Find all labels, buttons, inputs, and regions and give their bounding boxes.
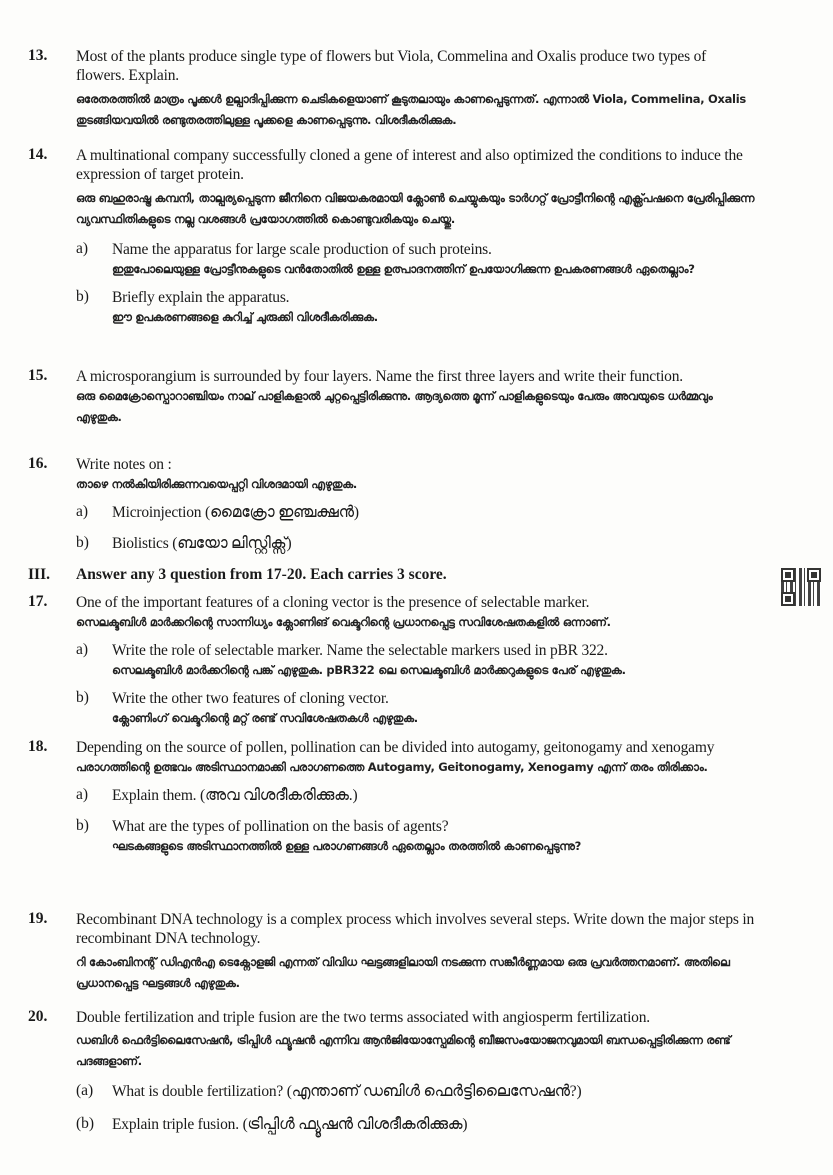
- part-text-en: Name the apparatus for large scale produ…: [112, 240, 758, 259]
- question-number: 14.: [28, 146, 47, 164]
- question-text-en: Double fertilization and triple fusion a…: [76, 1008, 758, 1027]
- section-number: III.: [28, 566, 76, 584]
- question-text-ml: ഒരു ബഹുരാഷ്ട്ര കമ്പനി, താല്പര്യപ്പെടുന്ന…: [76, 188, 758, 230]
- question-number: 18.: [28, 738, 47, 756]
- question-20-part-b: (b) Explain triple fusion. (ട്രിപ്പിൾ ഫ്…: [76, 1115, 758, 1134]
- part-text-ml: ഇതുപോലെയുള്ള പ്രോട്ടീനുകളുടെ വൻതോതിൽ ഉള്…: [112, 259, 758, 280]
- part-text-ml: ക്ലോണിംഗ് വെക്ടറിന്റെ മറ്റ് രണ്ട് സവിശേഷ…: [112, 708, 758, 729]
- part-label: b): [76, 534, 89, 552]
- question-text-en: Recombinant DNA technology is a complex …: [76, 910, 758, 948]
- question-text-ml: താഴെ നൽകിയിരിക്കുന്നവയെപ്പറ്റി വിശദമായി …: [76, 474, 758, 495]
- part-text-en: Explain them. (അവ വിശദീകരിക്കുക.): [112, 786, 758, 805]
- part-text-en: Write the other two features of cloning …: [112, 689, 758, 708]
- question-16: 16. Write notes on : താഴെ നൽകിയിരിക്കുന്…: [28, 455, 758, 553]
- question-number: 15.: [28, 367, 47, 385]
- question-number: 13.: [28, 47, 47, 65]
- exam-page: 13. Most of the plants produce single ty…: [0, 0, 833, 1175]
- question-number: 20.: [28, 1008, 47, 1026]
- question-number: 16.: [28, 455, 47, 473]
- part-text-en: Write the role of selectable marker. Nam…: [112, 641, 758, 660]
- question-16-part-a: a) Microinjection (മൈക്രോ ഇഞ്ചക്ഷൻ): [76, 503, 758, 522]
- part-text-en: Explain triple fusion. (ട്രിപ്പിൾ ഫ്യൂഷൻ…: [112, 1115, 758, 1134]
- question-text-ml: പരാഗത്തിന്റെ ഉത്ഭവം അടിസ്ഥാനമാക്കി പരാഗണ…: [76, 757, 758, 778]
- question-18: 18. Depending on the source of pollen, p…: [28, 738, 758, 857]
- question-17: 17. One of the important features of a c…: [28, 593, 758, 729]
- question-20-part-a: (a) What is double fertilization? (എന്താ…: [76, 1082, 758, 1101]
- question-text-en: One of the important features of a cloni…: [76, 593, 758, 612]
- question-text-en: Most of the plants produce single type o…: [76, 47, 758, 85]
- question-17-part-b: b) Write the other two features of cloni…: [76, 689, 758, 729]
- section-3-heading: III.Answer any 3 question from 17-20. Ea…: [28, 566, 447, 584]
- part-text-en: Biolistics (ബയോ ലിസ്റ്റിക്സ്): [112, 534, 758, 553]
- part-text-en: Briefly explain the apparatus.: [112, 288, 758, 307]
- part-text-en: Microinjection (മൈക്രോ ഇഞ്ചക്ഷൻ): [112, 503, 758, 522]
- question-text-ml: ഒരു മൈക്രോസ്പൊറാഞ്ചിയം നാല് പാളികളാൽ ചുറ…: [76, 386, 758, 428]
- question-number: 17.: [28, 593, 47, 611]
- question-19: 19. Recombinant DNA technology is a comp…: [28, 910, 758, 994]
- question-text-ml: സെലക്ടബിൾ മാർക്കറിന്റെ സാന്നിധ്യം ക്ലോണി…: [76, 612, 758, 633]
- question-text-ml: റി കോംബിനന്റ് ഡിഎൻഎ ടെക്നോളജി എന്നത് വിവ…: [76, 952, 758, 994]
- question-14: 14. A multinational company successfully…: [28, 146, 758, 328]
- question-13: 13. Most of the plants produce single ty…: [28, 47, 758, 131]
- part-text-en: What are the types of pollination on the…: [112, 817, 758, 836]
- part-label: a): [76, 240, 88, 258]
- question-text-ml: ഡബിൾ ഫെർട്ടിലൈസേഷൻ, ട്രിപ്പിൾ ഫ്യൂഷൻ എന്…: [76, 1030, 758, 1072]
- question-text-en: A microsporangium is surrounded by four …: [76, 367, 758, 386]
- part-text-ml: സെലക്ടബിൾ മാർക്കറിന്റെ പങ്ക് എഴുതുക. pBR…: [112, 660, 758, 681]
- part-label: (a): [76, 1082, 93, 1100]
- question-20: 20. Double fertilization and triple fusi…: [28, 1008, 758, 1134]
- part-label: b): [76, 689, 89, 707]
- part-label: a): [76, 641, 88, 659]
- question-text-ml: ഒരേതരത്തിൽ മാത്രം പൂക്കൾ ഉല്പാദിപ്പിക്കു…: [76, 89, 758, 131]
- part-label: a): [76, 503, 88, 521]
- qr-code-icon: [781, 568, 821, 606]
- part-label: b): [76, 288, 89, 306]
- part-label: (b): [76, 1115, 94, 1133]
- question-16-part-b: b) Biolistics (ബയോ ലിസ്റ്റിക്സ്): [76, 534, 758, 553]
- part-label: a): [76, 786, 88, 804]
- question-text-en: Write notes on :: [76, 455, 758, 474]
- part-text-ml: ഘടകങ്ങളുടെ അടിസ്ഥാനത്തിൽ ഉള്ള പരാഗണങ്ങൾ …: [112, 836, 758, 857]
- question-14-part-a: a) Name the apparatus for large scale pr…: [76, 240, 758, 280]
- part-text-en: What is double fertilization? (എന്താണ് ഡ…: [112, 1082, 758, 1101]
- question-number: 19.: [28, 910, 47, 928]
- section-instruction: Answer any 3 question from 17-20. Each c…: [76, 566, 447, 583]
- question-text-en: Depending on the source of pollen, polli…: [76, 738, 758, 757]
- question-17-part-a: a) Write the role of selectable marker. …: [76, 641, 758, 681]
- part-text-ml: ഈ ഉപകരണങ്ങളെ കുറിച്ച് ചുരുക്കി വിശദീകരിക…: [112, 307, 758, 328]
- question-15: 15. A microsporangium is surrounded by f…: [28, 367, 758, 428]
- question-14-part-b: b) Briefly explain the apparatus. ഈ ഉപകര…: [76, 288, 758, 328]
- part-label: b): [76, 817, 89, 835]
- question-18-part-a: a) Explain them. (അവ വിശദീകരിക്കുക.): [76, 786, 758, 805]
- question-text-en: A multinational company successfully clo…: [76, 146, 758, 184]
- question-18-part-b: b) What are the types of pollination on …: [76, 817, 758, 857]
